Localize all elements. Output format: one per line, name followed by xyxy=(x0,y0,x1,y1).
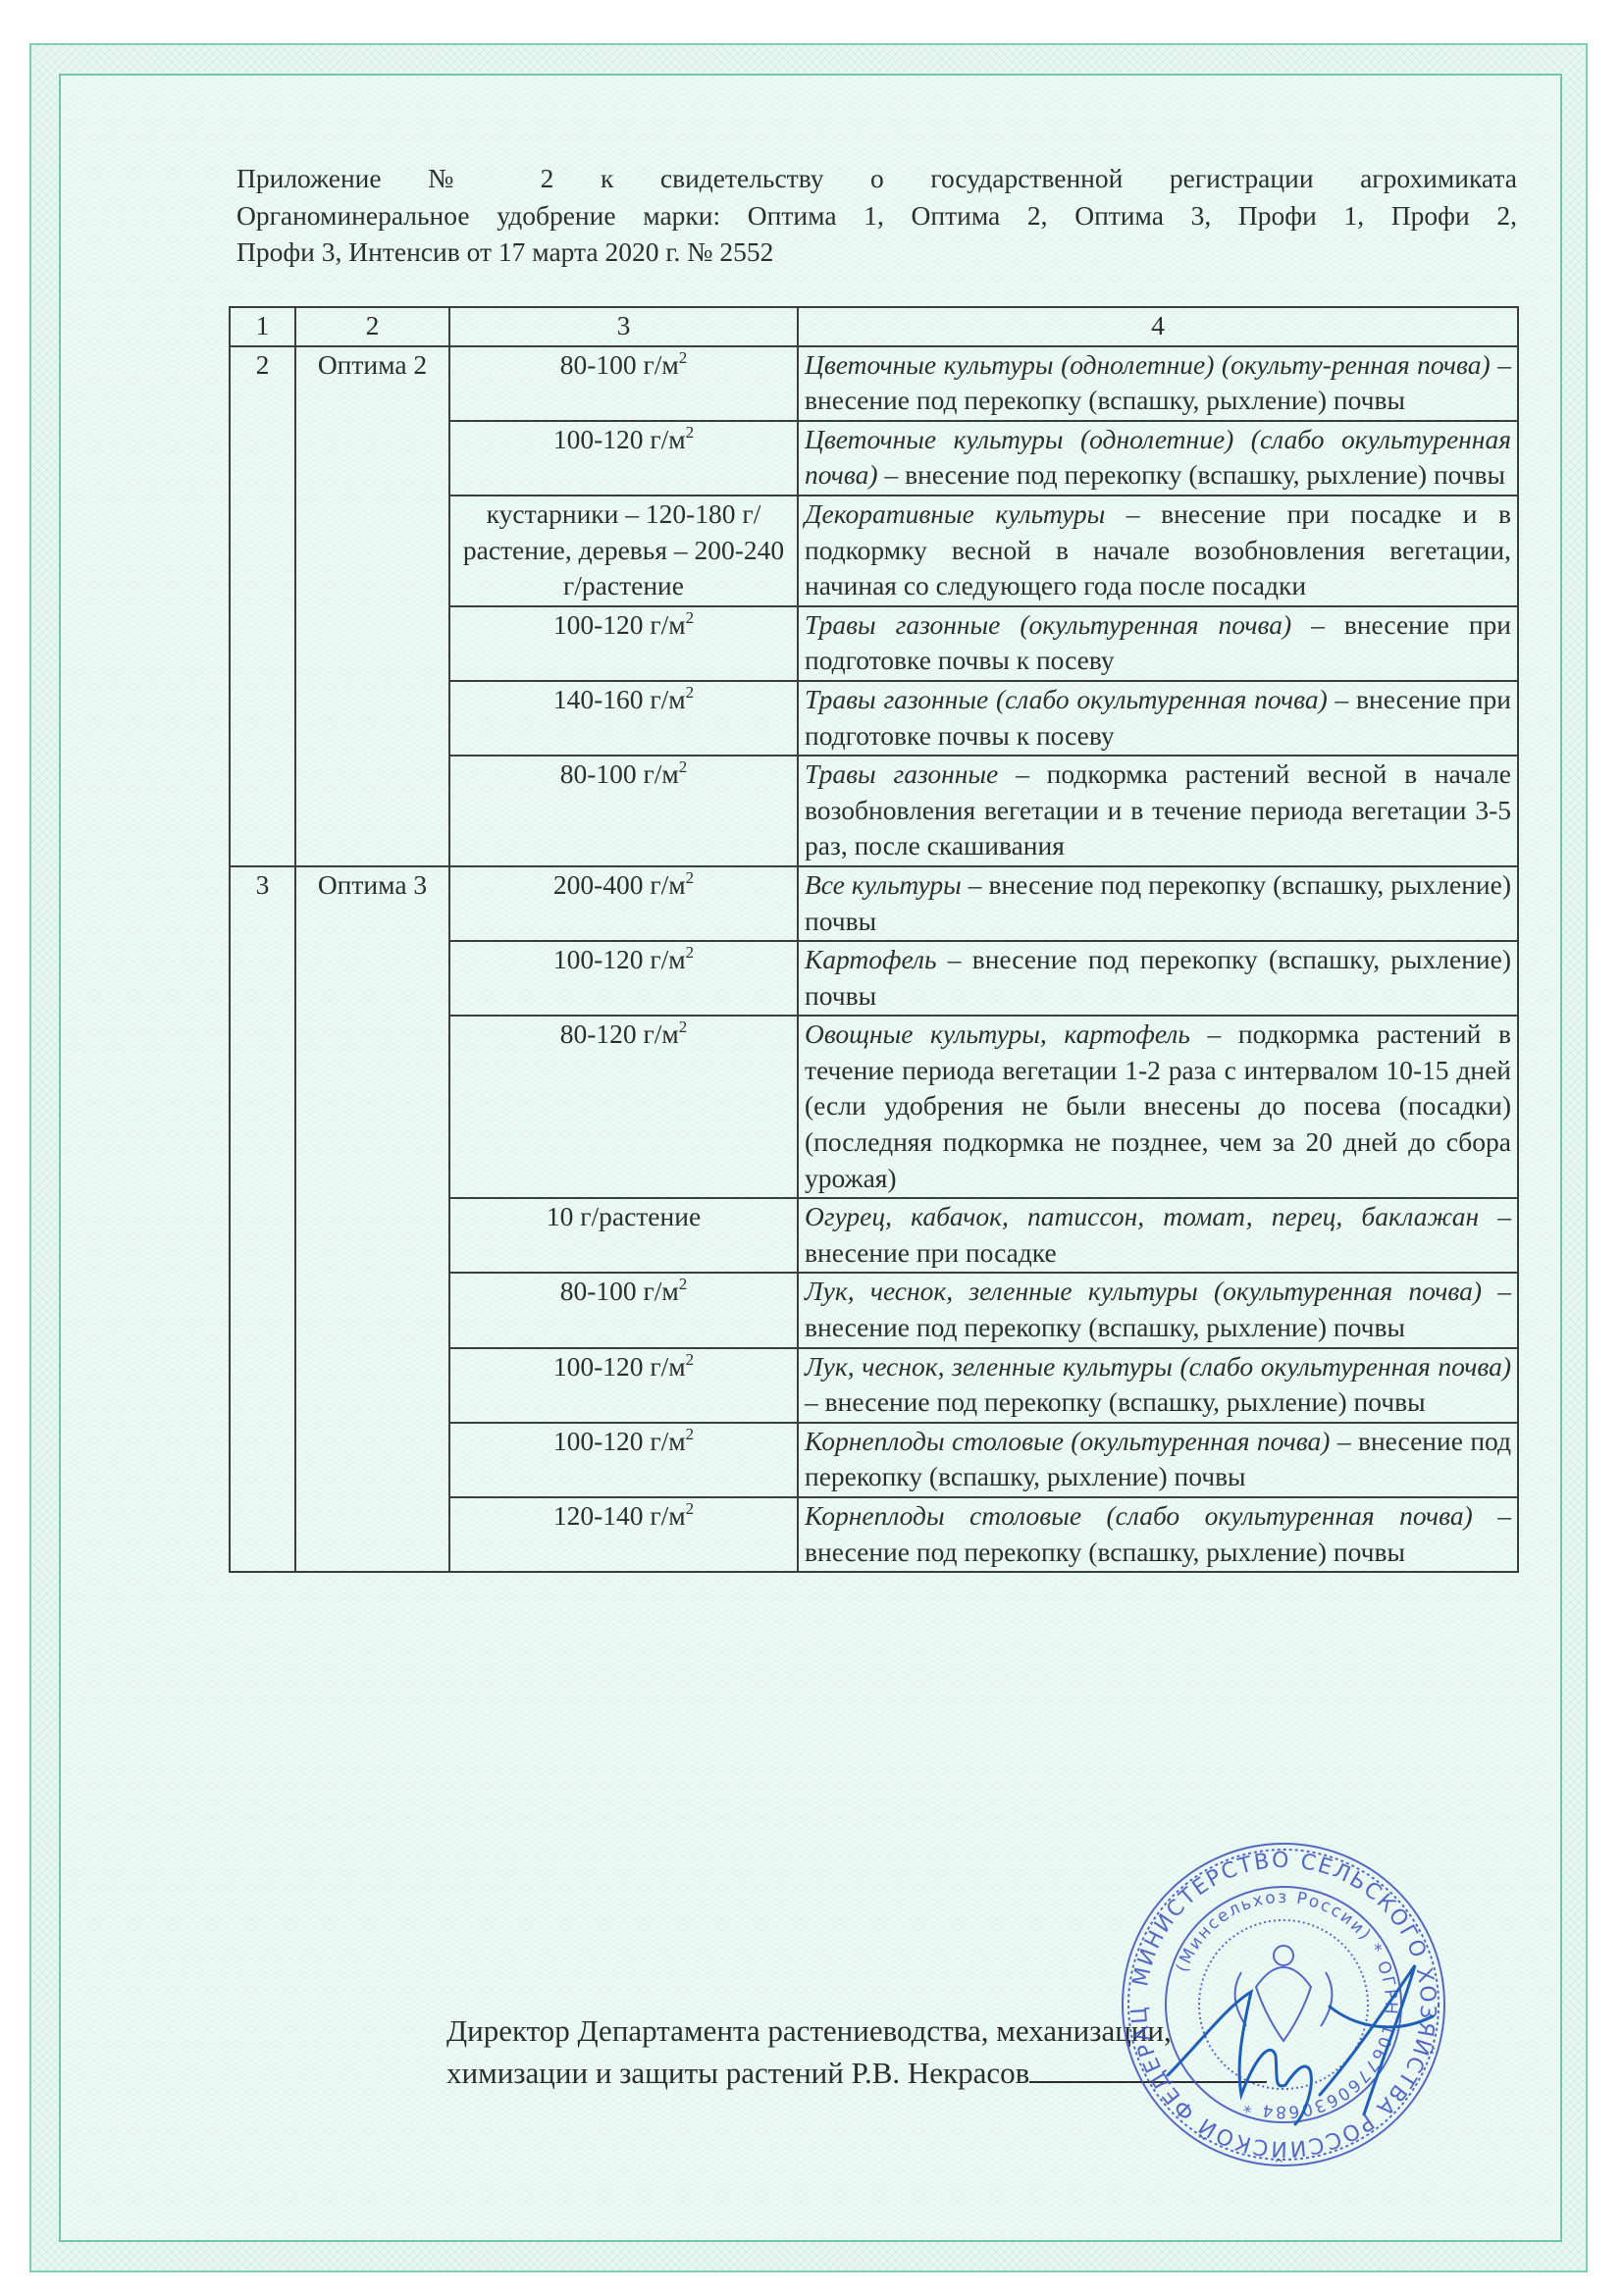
application-dose: кустарники – 120-180 г/растение, деревья… xyxy=(449,496,798,606)
header-col-2: 2 xyxy=(295,307,449,346)
application-dose: 100-120 г/м2 xyxy=(449,1423,798,1497)
header-col-1: 1 xyxy=(230,307,295,346)
dose-value: 200-400 г/м xyxy=(553,869,686,900)
fertilizer-brand: Оптима 3 xyxy=(295,866,449,1572)
crop-name: Картофель xyxy=(805,944,937,974)
dose-value: 80-120 г/м xyxy=(560,1018,679,1049)
crop-and-method: Цветочные культуры (однолетние) (слабо о… xyxy=(798,421,1518,496)
crop-and-method: Корнеплоды столовые (слабо окультуренная… xyxy=(798,1497,1518,1572)
dose-unit-exponent: 2 xyxy=(679,1018,688,1036)
crop-and-method: Корнеплоды столовые (окультуренная почва… xyxy=(798,1423,1518,1497)
fertilizer-brand: Оптима 2 xyxy=(295,346,449,866)
crop-name: Лук, чеснок, зеленные культуры (слабо ок… xyxy=(805,1351,1511,1382)
header-col-4: 4 xyxy=(798,307,1518,346)
dose-value: 80-100 г/м xyxy=(560,349,679,380)
dose-value: 100-120 г/м xyxy=(553,1426,686,1456)
dose-unit-exponent: 2 xyxy=(686,423,695,442)
dose-value: 100-120 г/м xyxy=(553,609,686,640)
application-dose: 10 г/растение xyxy=(449,1198,798,1273)
dose-value: 120-140 г/м xyxy=(553,1500,686,1531)
dose-unit-exponent: 2 xyxy=(686,868,695,887)
dose-unit-exponent: 2 xyxy=(686,683,695,702)
crop-name: Овощные культуры, картофель xyxy=(805,1018,1190,1049)
dose-unit-exponent: 2 xyxy=(679,757,688,776)
table-row: 3Оптима 3200-400 г/м2Все культуры – внес… xyxy=(230,866,1518,941)
dose-value: 100-120 г/м xyxy=(553,944,686,974)
crop-name: Огурец, кабачок, патиссон, томат, перец,… xyxy=(805,1201,1479,1231)
dose-unit-exponent: 2 xyxy=(686,1499,695,1518)
crop-name: Травы газонные (окультуренная почва) xyxy=(805,609,1291,640)
application-dose: 80-100 г/м2 xyxy=(449,346,798,421)
dose-value: 140-160 г/м xyxy=(553,684,686,714)
crop-and-method: Цветочные культуры (однолетние) (окульту… xyxy=(798,346,1518,421)
crop-name: Корнеплоды столовые (окультуренная почва… xyxy=(805,1426,1330,1456)
crop-and-method: Огурец, кабачок, патиссон, томат, перец,… xyxy=(798,1198,1518,1273)
heading-line-3: Профи 3, Интенсив от 17 марта 2020 г. № … xyxy=(236,234,1517,271)
crop-and-method: Травы газонные – подкормка растений весн… xyxy=(798,756,1518,866)
dose-value: 80-100 г/м xyxy=(560,758,679,789)
dose-value: кустарники – 120-180 г/растение, деревья… xyxy=(463,498,784,600)
crop-and-method: Лук, чеснок, зеленные культуры (слабо ок… xyxy=(798,1348,1518,1423)
application-dose: 140-160 г/м2 xyxy=(449,681,798,756)
application-dose: 80-100 г/м2 xyxy=(449,756,798,866)
application-dose: 100-120 г/м2 xyxy=(449,941,798,1016)
crop-and-method: Все культуры – внесение под перекопку (в… xyxy=(798,866,1518,941)
table-body: 2Оптима 280-100 г/м2Цветочные культуры (… xyxy=(230,346,1518,1573)
crop-and-method: Травы газонные (окультуренная почва) – в… xyxy=(798,606,1518,681)
crop-and-method: Овощные культуры, картофель – подкормка … xyxy=(798,1016,1518,1198)
crop-and-method: Декоративные культуры – внесение при пос… xyxy=(798,496,1518,606)
crop-name: Цветочные культуры (однолетние) (окульту… xyxy=(805,349,1491,380)
application-dose: 100-120 г/м2 xyxy=(449,421,798,496)
crop-and-method: Картофель – внесение под перекопку (вспа… xyxy=(798,941,1518,1016)
application-dose: 120-140 г/м2 xyxy=(449,1497,798,1572)
application-dose: 200-400 г/м2 xyxy=(449,866,798,941)
table-header-row: 1 2 3 4 xyxy=(230,307,1518,346)
crop-name: Травы газонные (слабо окультуренная почв… xyxy=(805,684,1328,714)
header-col-3: 3 xyxy=(449,307,798,346)
dose-unit-exponent: 2 xyxy=(686,943,695,962)
application-method: – внесение под перекопку (вспашку, рыхле… xyxy=(878,459,1505,490)
crop-and-method: Травы газонные (слабо окультуренная почв… xyxy=(798,681,1518,756)
row-number: 3 xyxy=(230,866,295,1572)
dose-value: 10 г/растение xyxy=(547,1201,701,1231)
crop-and-method: Лук, чеснок, зеленные культуры (окультур… xyxy=(798,1273,1518,1347)
application-rates-table: 1 2 3 4 2Оптима 280-100 г/м2Цветочные ку… xyxy=(229,306,1519,1573)
dose-unit-exponent: 2 xyxy=(679,1275,688,1293)
dose-unit-exponent: 2 xyxy=(679,348,688,367)
crop-name: Травы газонные xyxy=(805,758,998,789)
handwritten-signature-icon xyxy=(1158,1948,1452,2134)
dose-value: 100-120 г/м xyxy=(553,1351,686,1382)
application-dose: 80-120 г/м2 xyxy=(449,1016,798,1198)
crop-name: Все культуры xyxy=(805,869,962,900)
application-dose: 80-100 г/м2 xyxy=(449,1273,798,1347)
application-method: – внесение под перекопку (вспашку, рыхле… xyxy=(805,1386,1426,1417)
signatory-name: химизации и защиты растений Р.В. Некрасо… xyxy=(446,2056,1029,2090)
appendix-heading: Приложение № 2 к свидетельству о государ… xyxy=(236,160,1517,271)
dose-unit-exponent: 2 xyxy=(686,1425,695,1443)
table-row: 2Оптима 280-100 г/м2Цветочные культуры (… xyxy=(230,346,1518,421)
dose-unit-exponent: 2 xyxy=(686,1350,695,1369)
dose-value: 100-120 г/м xyxy=(553,424,686,454)
application-dose: 100-120 г/м2 xyxy=(449,1348,798,1423)
heading-line-1: Приложение № 2 к свидетельству о государ… xyxy=(236,160,1517,197)
application-dose: 100-120 г/м2 xyxy=(449,606,798,681)
row-number: 2 xyxy=(230,346,295,866)
crop-name: Декоративные культуры xyxy=(805,498,1105,529)
heading-line-2: Органоминеральное удобрение марки: Оптим… xyxy=(236,197,1517,235)
crop-name: Корнеплоды столовые (слабо окультуренная… xyxy=(805,1500,1473,1531)
dose-value: 80-100 г/м xyxy=(560,1276,679,1306)
dose-unit-exponent: 2 xyxy=(686,608,695,627)
crop-name: Лук, чеснок, зеленные культуры (окультур… xyxy=(805,1276,1482,1306)
